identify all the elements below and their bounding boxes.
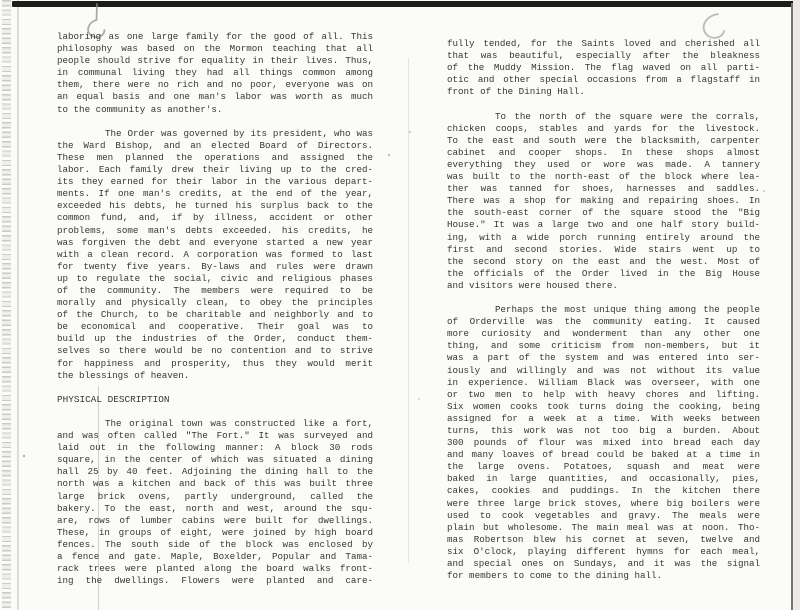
text-line: was forgiven the debt and everyone start…: [57, 237, 373, 249]
text-line: House." It was a large two and one half …: [447, 219, 760, 231]
section-heading: PHYSICAL DESCRIPTION: [57, 394, 373, 406]
text-line: chicken coops, stables and yards for the…: [447, 123, 760, 135]
scan-speck-marks: [0, 0, 2, 2]
text-line: and was often called "The Fort." It was …: [57, 430, 373, 442]
text-line: To the north of the square were the corr…: [447, 111, 760, 123]
text-line: of the community. The members were requi…: [57, 285, 373, 297]
text-line: them, there were no rich and no poor, ev…: [57, 79, 373, 91]
paragraph: To the north of the square were the corr…: [447, 111, 760, 292]
text-line: common fund, and, if by illness, acciden…: [57, 212, 373, 224]
text-line: plain but wholesome. The main meal was a…: [447, 522, 760, 534]
text-line: hall 25 by 40 feet. Adjoining the dining…: [57, 466, 373, 478]
text-line: of the Church, to be charitable and neig…: [57, 309, 373, 321]
text-line: were three large brick stoves, where big…: [447, 498, 760, 510]
text-line: are, rows of lumber cabins were built fo…: [57, 515, 373, 527]
text-line: Perhaps the most unique thing among the …: [447, 304, 760, 316]
text-line: front of the Dining Hall.: [447, 86, 760, 98]
text-line: laboring as one large family for the goo…: [57, 31, 373, 43]
text-line: The Order was governed by its president,…: [57, 128, 373, 140]
text-line: bakery. To the east, north and west, aro…: [57, 503, 373, 515]
text-line: six O'clock, playing different hymns for…: [447, 546, 760, 558]
text-line: for members to come to the dining hall.: [447, 570, 760, 582]
text-line: cabinet and cooper shops. In these shops…: [447, 147, 760, 159]
text-line: people should strive for equality in the…: [57, 55, 373, 67]
scan-edge-top-bar: [12, 1, 800, 7]
text-line: everything they used or wore was made. A…: [447, 159, 760, 171]
text-line: in experience. William Black was oversee…: [447, 377, 760, 389]
text-line: To the east and south were the blacksmit…: [447, 135, 760, 147]
text-line: baked in large quantities, and occasiona…: [447, 473, 760, 485]
text-line: cakes, cookies and puddings. In the kitc…: [447, 485, 760, 497]
text-line: selves so there would be no contention a…: [57, 345, 373, 357]
text-line: more curiosity and wonderment than any o…: [447, 328, 760, 340]
text-line: laid out in the following manner: A bloc…: [57, 442, 373, 454]
page-edge-shadow-right: [791, 3, 793, 610]
text-line: fully tended, for the Saints loved and c…: [447, 38, 760, 50]
section-heading-text: PHYSICAL DESCRIPTION: [57, 394, 373, 406]
text-line: labor. Each family drew their living up …: [57, 164, 373, 176]
text-line: for happiness and prosperity, thus they …: [57, 358, 373, 370]
text-line: fences. The south side of the block was …: [57, 539, 373, 551]
text-line: the Ward Bishop, and an elected Board of…: [57, 140, 373, 152]
text-line: philosophy was based on the Mormon teach…: [57, 43, 373, 55]
text-line: turns, this work was not too big a burde…: [447, 425, 760, 437]
text-line: otic and other special occasions from a …: [447, 74, 760, 86]
text-line: with a clean record. A corporation was f…: [57, 249, 373, 261]
paragraph: The Order was governed by its president,…: [57, 128, 373, 382]
text-line: the officials of the Order lived in the …: [447, 268, 760, 280]
text-line: the blessings of heaven.: [57, 370, 373, 382]
text-line: build up the industries of the Order, co…: [57, 333, 373, 345]
text-line: that was beautiful, especially after the…: [447, 50, 760, 62]
paragraph: Perhaps the most unique thing among the …: [447, 304, 760, 582]
text-line: or two men to help with heavy chores and…: [447, 389, 760, 401]
text-line: ther was tanned for shoes, harnesses and…: [447, 183, 760, 195]
text-line: large brick ovens, partly underground, c…: [57, 491, 373, 503]
paragraph: The original town was constructed like a…: [57, 418, 373, 587]
text-line: The original town was constructed like a…: [57, 418, 373, 430]
text-line: the second story on the east and the wes…: [447, 256, 760, 268]
text-line: be economical and cooperative. Their goa…: [57, 321, 373, 333]
text-line: up to regulate the social, civic and rel…: [57, 273, 373, 285]
paragraph: laboring as one large family for the goo…: [57, 31, 373, 116]
comb-binding-holes: [2, 0, 11, 610]
text-line: These men planned the operations and ass…: [57, 152, 373, 164]
text-line: rack trees were planted along the board …: [57, 563, 373, 575]
text-line: ing, with a wide porch running entirely …: [447, 232, 760, 244]
text-line: problems, some man's debts exceeded. his…: [57, 225, 373, 237]
text-line: mas Robertson blew his cornet at seven, …: [447, 534, 760, 546]
text-line: of Orderville was the community eating. …: [447, 316, 760, 328]
text-line: morally and physically clean, to obey th…: [57, 297, 373, 309]
text-line: its they earned for their labor in the v…: [57, 176, 373, 188]
text-line: an equal basis and one man's labor was w…: [57, 91, 373, 103]
text-line: and visitors were housed there.: [447, 280, 760, 292]
text-line: was built to the north-east of the block…: [447, 171, 760, 183]
text-column-left: laboring as one large family for the goo…: [57, 31, 373, 599]
text-line: exceeded his debts, he turned his surplu…: [57, 200, 373, 212]
text-line: ments. If one man's credits, at the end …: [57, 188, 373, 200]
text-line: iously and willingly and was not without…: [447, 365, 760, 377]
text-line: used to cook vegetables and gravy. The m…: [447, 510, 760, 522]
text-line: thing, and some criticism from non-membe…: [447, 340, 760, 352]
text-line: to the community as another's.: [57, 104, 373, 116]
text-line: and special ones on Sundays, and it was …: [447, 558, 760, 570]
page-edge-shadow-left: [17, 0, 19, 610]
text-line: There was a shop for making and repairin…: [447, 195, 760, 207]
text-line: a fence and gate. Maple, Boxelder, Popul…: [57, 551, 373, 563]
text-line: square, in the center of which was situa…: [57, 454, 373, 466]
text-line: and many loaves of bread could be baked …: [447, 449, 760, 461]
text-line: for twenty five years. By-laws and rules…: [57, 261, 373, 273]
text-line: north was a kitchen and back of this was…: [57, 478, 373, 490]
text-line: in communal living they had all things c…: [57, 67, 373, 79]
page-edge-strip-right: [793, 0, 800, 610]
text-line: the large ovens. Potatoes, squash and me…: [447, 461, 760, 473]
text-line: the south-east corner of the square stoo…: [447, 207, 760, 219]
text-line: was a part of the system and was entered…: [447, 352, 760, 364]
text-line: first and second stories. Wide stairs we…: [447, 244, 760, 256]
text-line: Six women cooks took turns doing the coo…: [447, 401, 760, 413]
text-column-right: fully tended, for the Saints loved and c…: [447, 38, 760, 594]
paragraph: fully tended, for the Saints loved and c…: [447, 38, 760, 98]
scanned-page: laboring as one large family for the goo…: [0, 0, 800, 610]
text-line: of the Muddy Mission. The flag waved on …: [447, 62, 760, 74]
paper-fold-line-center: [408, 58, 409, 563]
text-line: assigned for a week at a time. With week…: [447, 413, 760, 425]
text-line: ing the dwellings. Flowers were planted …: [57, 575, 373, 587]
text-line: These, in groups of eight, were joined b…: [57, 527, 373, 539]
text-line: 300 pounds of flour was mixed into bread…: [447, 437, 760, 449]
